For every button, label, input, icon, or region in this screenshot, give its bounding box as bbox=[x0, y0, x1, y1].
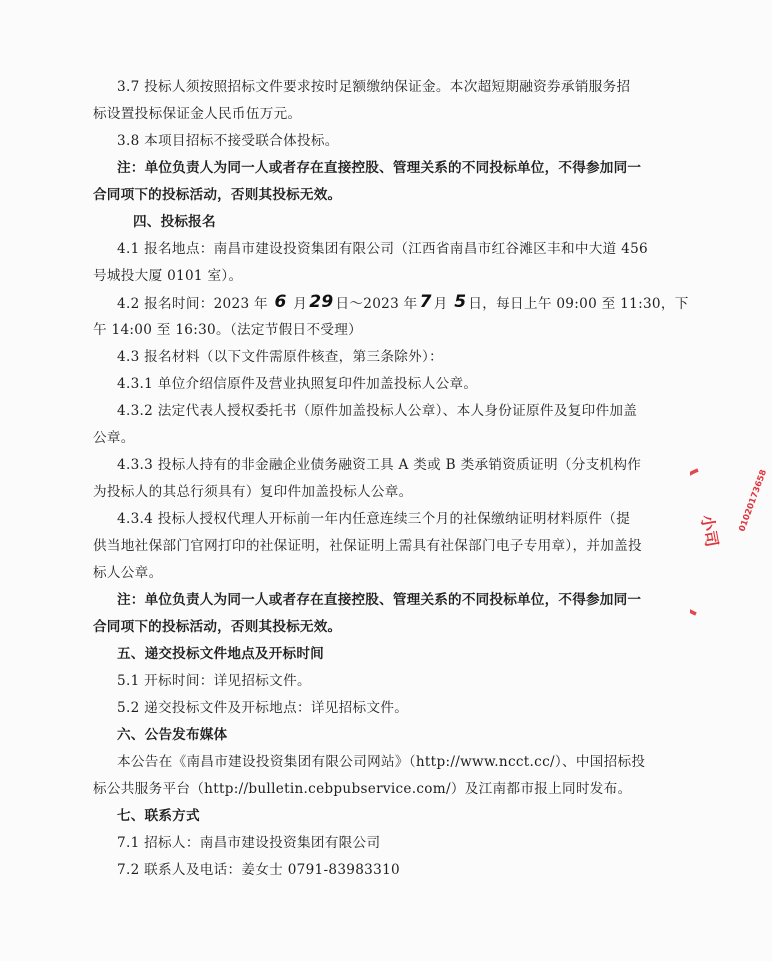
text-line: 5.2 递交投标文件及开标地点：详见招标文件。 bbox=[117, 698, 408, 718]
handwritten-start-day: 29 bbox=[309, 292, 333, 312]
document-page: 3.7 投标人须按照招标文件要求按时足额缴纳保证金。本次超短期融资券承销服务招标… bbox=[0, 0, 772, 961]
handwritten-end-day: 5 bbox=[454, 292, 466, 312]
text-line: 号城投大厦 0101 室）。 bbox=[93, 266, 242, 286]
bold-text-line: 注：单位负责人为同一人或者存在直接控股、管理关系的不同投标单位，不得参加同一 bbox=[117, 158, 641, 178]
text-line: 7.2 联系人及电话：姜女士 0791-83983310 bbox=[117, 860, 400, 880]
text-line: 标公共服务平台（http://bulletin.cebpubservice.co… bbox=[93, 779, 631, 799]
text-line: 本公告在《南昌市建设投资集团有限公司网站》（http://www.ncct.cc… bbox=[117, 752, 645, 772]
bold-text-line: 四、投标报名 bbox=[133, 212, 216, 232]
text-line: 标设置投标保证金人民币伍万元。 bbox=[93, 104, 301, 124]
text-line: 午 14:00 至 16:30。（法定节假日不受理） bbox=[93, 320, 362, 340]
text-line: 7.1 招标人：南昌市建设投资集团有限公司 bbox=[117, 833, 380, 853]
registration-time-prefix: 4.2 报名时间：2023 年 bbox=[117, 296, 273, 312]
text-line: 4.3.4 投标人授权代理人开标前一年内任意连续三个月的社保缴纳证明材料原件（提 bbox=[117, 509, 630, 529]
text-line: 4.1 报名地点：南昌市建设投资集团有限公司（江西省南昌市红谷滩区丰和中大道 4… bbox=[117, 239, 648, 259]
registration-time-mid: 日～2023 年 bbox=[335, 296, 417, 312]
official-seal-stamp: 小司 01020173658 bbox=[690, 462, 772, 622]
text-line: 为投标人的其总行须具有）复印件加盖投标人公章。 bbox=[93, 482, 413, 502]
text-line: 4.3.2 法定代表人授权委托书（原件加盖投标人公章）、本人身份证原件及复印件加… bbox=[117, 401, 637, 421]
bold-text-line: 五、递交投标文件地点及开标时间 bbox=[117, 644, 324, 664]
registration-time-line: 4.2 报名时间：2023 年 6 月29日～2023 年7月 5日，每日上午 … bbox=[117, 293, 689, 314]
text-line: 4.3 报名材料（以下文件需原件核查，第三条除外）： bbox=[117, 347, 443, 367]
text-line: 4.3.3 投标人持有的非金融企业债务融资工具 A 类或 B 类承销资质证明（分… bbox=[117, 455, 641, 475]
text-line: 标人公章。 bbox=[93, 563, 162, 583]
text-line: 4.3.1 单位介绍信原件及营业执照复印件加盖投标人公章。 bbox=[117, 374, 477, 394]
bold-text-line: 注：单位负责人为同一人或者存在直接控股、管理关系的不同投标单位，不得参加同一 bbox=[117, 590, 641, 610]
text-line: 3.7 投标人须按照招标文件要求按时足额缴纳保证金。本次超短期融资券承销服务招 bbox=[117, 77, 630, 97]
text-line: 供当地社保部门官网打印的社保证明，社保证明上需具有社保部门电子专用章），并加盖投 bbox=[93, 536, 642, 556]
handwritten-end-month: 7 bbox=[420, 292, 432, 312]
bold-text-line: 七、联系方式 bbox=[117, 806, 200, 826]
text-line: 3.8 本项目招标不接受联合体投标。 bbox=[117, 131, 339, 151]
stamp-chars: 小司 bbox=[697, 513, 721, 548]
handwritten-start-month: 6 bbox=[275, 292, 287, 312]
text-line: 公章。 bbox=[93, 428, 135, 448]
month-label: 月 bbox=[289, 296, 308, 312]
stamp-serial: 01020173658 bbox=[737, 468, 769, 533]
month-label-2: 月 bbox=[434, 296, 453, 312]
text-line: 5.1 开标时间：详见招标文件。 bbox=[117, 671, 311, 691]
bold-text-line: 六、公告发布媒体 bbox=[117, 725, 227, 745]
bold-text-line: 合同项下的投标活动，否则其投标无效。 bbox=[93, 617, 341, 637]
bold-text-line: 合同项下的投标活动，否则其投标无效。 bbox=[93, 185, 341, 205]
registration-time-suffix: 日，每日上午 09:00 至 11:30，下 bbox=[468, 296, 688, 312]
